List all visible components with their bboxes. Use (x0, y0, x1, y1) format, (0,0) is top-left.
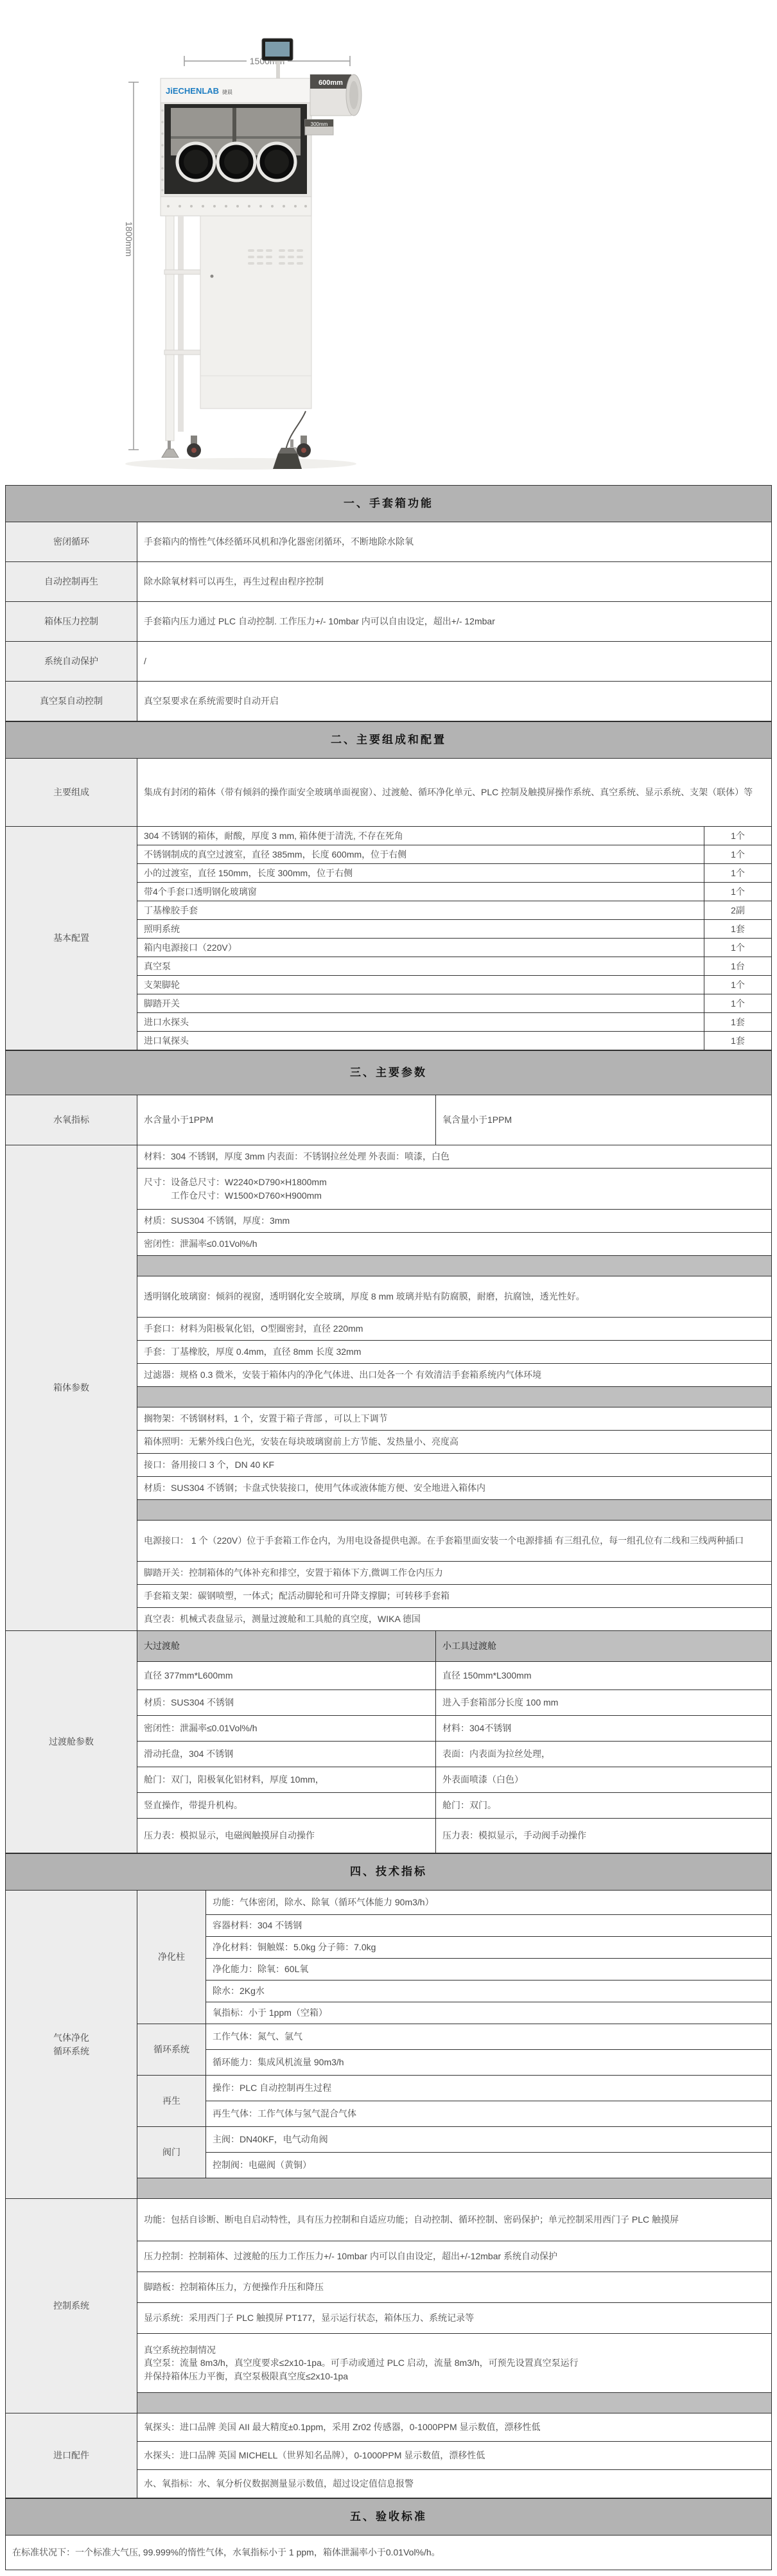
config-qty: 1个 (704, 883, 772, 901)
acceptance-text: 在标准状况下：一个标准大气压, 99.999%的惰性气体，水氧指标小于 1 pp… (6, 2536, 772, 2570)
config-item: 真空泵 (137, 957, 704, 976)
function-table: 一、手套箱功能 密闭循环 手套箱内的惰性气体经循环风机和净化器密闭循环，不断地除… (5, 485, 772, 721)
spec-value: 净化材料：铜触媒：5.0kg 分子筛：7.0kg (206, 1937, 772, 1959)
table-row: 气体净化 循环系统 净化柱 功能：气体密闭，除水、除氧（循环气体能力 90m3/… (6, 1891, 772, 1915)
config-item: 进口水探头 (137, 1013, 704, 1032)
section-title: 三、主要参数 (6, 1051, 772, 1095)
spec-label: 基本配置 (6, 827, 137, 1050)
chamber-value-right: 材料：304不锈钢 (436, 1716, 772, 1742)
section-header: 三、主要参数 (6, 1051, 772, 1095)
config-item: 丁基橡胶手套 (137, 901, 704, 920)
table-row: 真空泵自动控制 真空泵要求在系统需要时自动开启 (6, 682, 772, 721)
separator (137, 1500, 772, 1521)
dimension-large-chamber-label: 600mm (319, 79, 343, 87)
antechamber-cap-rim (349, 81, 358, 109)
config-qty: 1个 (704, 994, 772, 1013)
spec-value: 电源接口： 1 个（220V）位于手套箱工作仓内，为用电设备提供电源。在手套箱里… (137, 1521, 772, 1562)
separator (137, 1256, 772, 1276)
config-qty: 1个 (704, 976, 772, 994)
section-title: 二、主要组成和配置 (6, 722, 772, 759)
config-item: 304 不锈钢的箱体，耐酸，厚度 3 mm, 箱体便于清洗, 不存在死角 (137, 827, 704, 845)
section-header: 一、手套箱功能 (6, 486, 772, 522)
chamber-head-left: 大过渡舱 (137, 1631, 436, 1662)
group-label: 再生 (137, 2076, 206, 2127)
config-qty: 1套 (704, 1032, 772, 1050)
spec-value: 过滤器：规格 0.3 微米，安装于箱体内的净化气体进、出口处各一个 有效清洁手套… (137, 1364, 772, 1387)
spec-label: 密闭循环 (6, 522, 137, 562)
spec-value: 水探头：进口品牌 英国 MICHELL（世界知名品牌），0-1000PPM 显示… (137, 2442, 772, 2470)
dimension-small-chamber-label: 300mm (311, 121, 328, 127)
table-row: 基本配置 304 不锈钢的箱体，耐酸，厚度 3 mm, 箱体便于清洗, 不存在死… (6, 827, 772, 845)
spec-value: 氧探头：进口品牌 美国 AII 最大精度±0.1ppm，采用 Zr02 传感器，… (137, 2413, 772, 2442)
group-label: 净化柱 (137, 1891, 206, 2024)
leveling-foot-stem-left (168, 441, 171, 450)
leveling-foot-stem-right (290, 439, 293, 447)
table-row: 主要组成 集成有封闭的箱体（带有倾斜的操作面安全玻璃单面视窗）、过渡舱、循环净化… (6, 759, 772, 827)
spec-value: 材料：304 不锈钢，厚度 3mm 内表面：不锈钢拉丝处理 外表面：喷漆，白色 (137, 1145, 772, 1169)
spec-value: 接口：备用接口 3 个，DN 40 KF (137, 1454, 772, 1477)
chamber-value-left: 滑动托盘，304 不锈钢 (137, 1742, 436, 1767)
table-row: 控制系统 功能：包括自诊断、断电自启动特性，具有压力控制和自适应功能；自动控制、… (6, 2199, 772, 2241)
spec-value: 主阀：DN40KF，电气动角阀 (206, 2127, 772, 2153)
water-indicator: 水含量小于1PPM (137, 1095, 436, 1145)
parameters-table: 三、主要参数 水氧指标 水含量小于1PPM 氧含量小于1PPM 箱体参数 材料：… (5, 1050, 772, 1853)
config-qty: 1个 (704, 864, 772, 883)
dimension-line-height (128, 82, 139, 450)
chamber-value-right: 表面：内表面为拉丝处理， (436, 1742, 772, 1767)
config-qty: 1套 (704, 1013, 772, 1032)
config-item: 带4个手套口透明钢化玻璃窗 (137, 883, 704, 901)
config-qty: 1个 (704, 845, 772, 864)
config-qty: 2副 (704, 901, 772, 920)
dimension-height-label: 1800mm (124, 222, 134, 256)
config-qty: 1个 (704, 939, 772, 957)
caster-bracket-left (191, 436, 197, 445)
spec-value: 容器材料：304 不锈钢 (206, 1915, 772, 1937)
chamber-value-right: 舱门：双门。 (436, 1793, 772, 1819)
screen-arm (276, 60, 280, 80)
glove-ports (177, 143, 295, 181)
config-item: 箱内电源接口（220V） (137, 939, 704, 957)
spec-value: 集成有封闭的箱体（带有倾斜的操作面安全玻璃单面视窗）、过渡舱、循环净化单元、PL… (137, 759, 772, 827)
separator (137, 2393, 772, 2413)
spec-label: 自动控制再生 (6, 562, 137, 602)
spec-value: 循环能力：集成风机流量 90m3/h (206, 2050, 772, 2076)
stand-brace-lower (164, 350, 205, 355)
table-row: 密闭循环 手套箱内的惰性气体经循环风机和净化器密闭循环，不断地除水除氧 (6, 522, 772, 562)
spec-value: 脚踏板：控制箱体压力，方便操作升压和降压 (137, 2272, 772, 2303)
chamber-subheader-row: 过渡舱参数 大过渡舱 小工具过渡舱 (6, 1631, 772, 1662)
chamber-value-left: 舱门：双门，阳极氧化铝材料，厚度 10mm， (137, 1767, 436, 1793)
spec-label: 控制系统 (6, 2199, 137, 2413)
spec-label: 主要组成 (6, 759, 137, 827)
config-item: 照明系统 (137, 920, 704, 939)
separator (137, 2178, 772, 2199)
caster-bracket-right (301, 436, 307, 445)
separator (137, 1387, 772, 1407)
spec-value: 控制阀：电磁阀（黄铜） (206, 2153, 772, 2178)
glovebox-illustration: 1500mm 1800mm JiECHENLAB 捷晨 (0, 0, 777, 485)
spec-label: 系统自动保护 (6, 642, 137, 682)
spec-value: 脚踏开关：控制箱体的气体补充和排空，安置于箱体下方,微调工作仓内压力 (137, 1562, 772, 1585)
group-label: 阀门 (137, 2127, 206, 2178)
brand-logo: JiECHENLAB (166, 86, 219, 96)
chamber-value-left: 直径 377mm*L600mm (137, 1662, 436, 1690)
spec-label: 箱体参数 (6, 1145, 137, 1631)
chamber-value-left: 材质：SUS304 不锈钢 (137, 1690, 436, 1716)
spec-value: 手套：丁基橡胶，厚度 0.4mm，直径 8mm 长度 32mm (137, 1341, 772, 1364)
spec-label: 气体净化 循环系统 (6, 1891, 137, 2199)
spec-value: / (137, 642, 772, 682)
cabinet-lower-band (161, 197, 311, 216)
chamber-value-right: 外表面喷漆（白色） (436, 1767, 772, 1793)
spec-value: 真空泵要求在系统需要时自动开启 (137, 682, 772, 721)
foot-pedal (273, 454, 302, 469)
touchscreen-display (265, 42, 290, 57)
spec-label: 真空泵自动控制 (6, 682, 137, 721)
spec-value: 手套箱支架：碳钢喷塑，一体式；配活动脚轮和可升降支撑脚；可转移手套箱 (137, 1585, 772, 1608)
stand-leg-rear (178, 216, 184, 432)
section-header: 二、主要组成和配置 (6, 722, 772, 759)
spec-value: 手套箱内的惰性气体经循环风机和净化器密闭循环，不断地除水除氧 (137, 522, 772, 562)
table-row: 箱体参数 材料：304 不锈钢，厚度 3mm 内表面：不锈钢拉丝处理 外表面：喷… (6, 1145, 772, 1169)
composition-table: 二、主要组成和配置 主要组成 集成有封闭的箱体（带有倾斜的操作面安全玻璃单面视窗… (5, 721, 772, 1050)
stand-brace-upper (164, 270, 205, 274)
spec-value: 手套口：材料为阳极氧化铝，O型圈密封，直径 220mm (137, 1318, 772, 1341)
spec-value: 真空系统控制情况 真空泵：流量 8m3/h，真空度要求≤2x10-1pa。可手动… (137, 2334, 772, 2393)
spec-value: 真空表：机械式表盘显示，测量过渡舱和工具舱的真空度，WIKA 德国 (137, 1608, 772, 1631)
acceptance-table: 五、验收标准 在标准状况下：一个标准大气压, 99.999%的惰性气体，水氧指标… (5, 2498, 772, 2570)
chamber-value-right: 直径 150mm*L300mm (436, 1662, 772, 1690)
caster-hub-left (191, 448, 196, 453)
caster-hub-right (301, 448, 306, 453)
spec-value: 再生气体：工作气体与氢气混合气体 (206, 2101, 772, 2127)
technical-table: 四、技术指标 气体净化 循环系统 净化柱 功能：气体密闭，除水、除氧（循环气体能… (5, 1853, 772, 2498)
config-qty: 1套 (704, 920, 772, 939)
spec-label: 过渡舱参数 (6, 1631, 137, 1853)
spec-value: 透明钢化玻璃窗：倾斜的视窗，透明钢化安全玻璃，厚度 8 mm 玻璃并贴有防腐膜，… (137, 1276, 772, 1318)
spec-value: 显示系统：采用西门子 PLC 触摸屏 PT177，显示运行状态，箱体压力、系统记… (137, 2303, 772, 2334)
spec-label: 水氧指标 (6, 1095, 137, 1145)
table-row: 进口配件 氧探头：进口品牌 美国 AII 最大精度±0.1ppm，采用 Zr02… (6, 2413, 772, 2442)
product-photo: 1500mm 1800mm JiECHENLAB 捷晨 (0, 0, 777, 485)
stand-leg-front (166, 216, 174, 441)
spec-value: 压力控制：控制箱体、过渡舱的压力工作压力+/- 10mbar 内可以自由设定，超… (137, 2241, 772, 2272)
spec-value: 氧指标：小于 1ppm（空箱） (206, 2002, 772, 2024)
chamber-value-right: 压力表：模拟显示，手动阀手动操作 (436, 1819, 772, 1853)
spec-label: 进口配件 (6, 2413, 137, 2498)
table-row: 在标准状况下：一个标准大气压, 99.999%的惰性气体，水氧指标小于 1 pp… (6, 2536, 772, 2570)
spec-value: 水、氧指标：水、氧分析仪数据测量显示数值，超过设定值信息报警 (137, 2470, 772, 2498)
spec-value: 工作气体：氮气、氩气 (206, 2024, 772, 2050)
table-row: 系统自动保护 / (6, 642, 772, 682)
purifier-cabinet (200, 216, 311, 409)
section-header: 五、验收标准 (6, 2499, 772, 2536)
spec-value: 功能：气体密闭，除水、除氧（循环气体能力 90m3/h） (206, 1891, 772, 1915)
spec-value: 净化能力：除氧：60L氧 (206, 1959, 772, 1981)
brand-logo-cn: 捷晨 (222, 89, 232, 95)
leveling-foot-left (162, 449, 179, 457)
spec-value: 密闭性：泄漏率≤0.01Vol%/h (137, 1233, 772, 1256)
section-title: 一、手套箱功能 (6, 486, 772, 522)
section-header: 四、技术指标 (6, 1854, 772, 1891)
spec-value: 搁物架：不锈钢材料，1 个，安置于箱子背部 ，可以上下调节 (137, 1407, 772, 1431)
spec-value: 手套箱内压力通过 PLC 自动控制. 工作压力+/- 10mbar 内可以自由设… (137, 602, 772, 642)
spec-value: 材质：SUS304 不锈钢；卡盘式快装接口，使用气体或液体能方便、安全地进入箱体… (137, 1477, 772, 1500)
group-label: 循环系统 (137, 2024, 206, 2076)
chamber-value-left: 竖直操作，带提升机构。 (137, 1793, 436, 1819)
table-row: 箱体压力控制 手套箱内压力通过 PLC 自动控制. 工作压力+/- 10mbar… (6, 602, 772, 642)
spec-value: 操作：PLC 自动控制再生过程 (206, 2076, 772, 2101)
config-item: 进口氧探头 (137, 1032, 704, 1050)
spec-value: 材质：SUS304 不锈钢，厚度：3mm (137, 1210, 772, 1233)
config-item: 脚踏开关 (137, 994, 704, 1013)
chamber-value-left: 压力表：模拟显示，电磁阀触摸屏自动操作 (137, 1819, 436, 1853)
table-row: 自动控制再生 除水除氧材料可以再生，再生过程由程序控制 (6, 562, 772, 602)
config-item: 支架脚轮 (137, 976, 704, 994)
spec-value: 除水除氧材料可以再生，再生过程由程序控制 (137, 562, 772, 602)
section-title: 四、技术指标 (6, 1854, 772, 1891)
chamber-value-left: 密闭性：泄漏率≤0.01Vol%/h (137, 1716, 436, 1742)
config-item: 不锈钢制成的真空过渡室，直径 385mm，长度 600mm，位于右侧 (137, 845, 704, 864)
config-qty: 1个 (704, 827, 772, 845)
spec-value: 功能：包括自诊断、断电自启动特性，具有压力控制和自适应功能；自动控制、循环控制、… (137, 2199, 772, 2241)
chamber-value-right: 进入手套箱部分长度 100 mm (436, 1690, 772, 1716)
floor-shadow (125, 458, 356, 470)
chamber-head-right: 小工具过渡舱 (436, 1631, 772, 1662)
spec-label: 箱体压力控制 (6, 602, 137, 642)
oxygen-indicator: 氧含量小于1PPM (436, 1095, 772, 1145)
cabinet-keyhole (211, 275, 214, 278)
config-item: 小的过渡室，直径 150mm，长度 300mm，位于右侧 (137, 864, 704, 883)
section-title: 五、验收标准 (6, 2499, 772, 2536)
table-row: 水氧指标 水含量小于1PPM 氧含量小于1PPM (6, 1095, 772, 1145)
spec-value: 箱体照明：无紫外线白色光，安装在每块玻璃窗前上方节能、发热量小、亮度高 (137, 1431, 772, 1454)
config-qty: 1台 (704, 957, 772, 976)
spec-value: 尺寸：设备总尺寸：W2240×D790×H1800mm 工作仓尺寸：W1500×… (137, 1169, 772, 1210)
spec-value: 除水：2Kg水 (206, 1981, 772, 2002)
